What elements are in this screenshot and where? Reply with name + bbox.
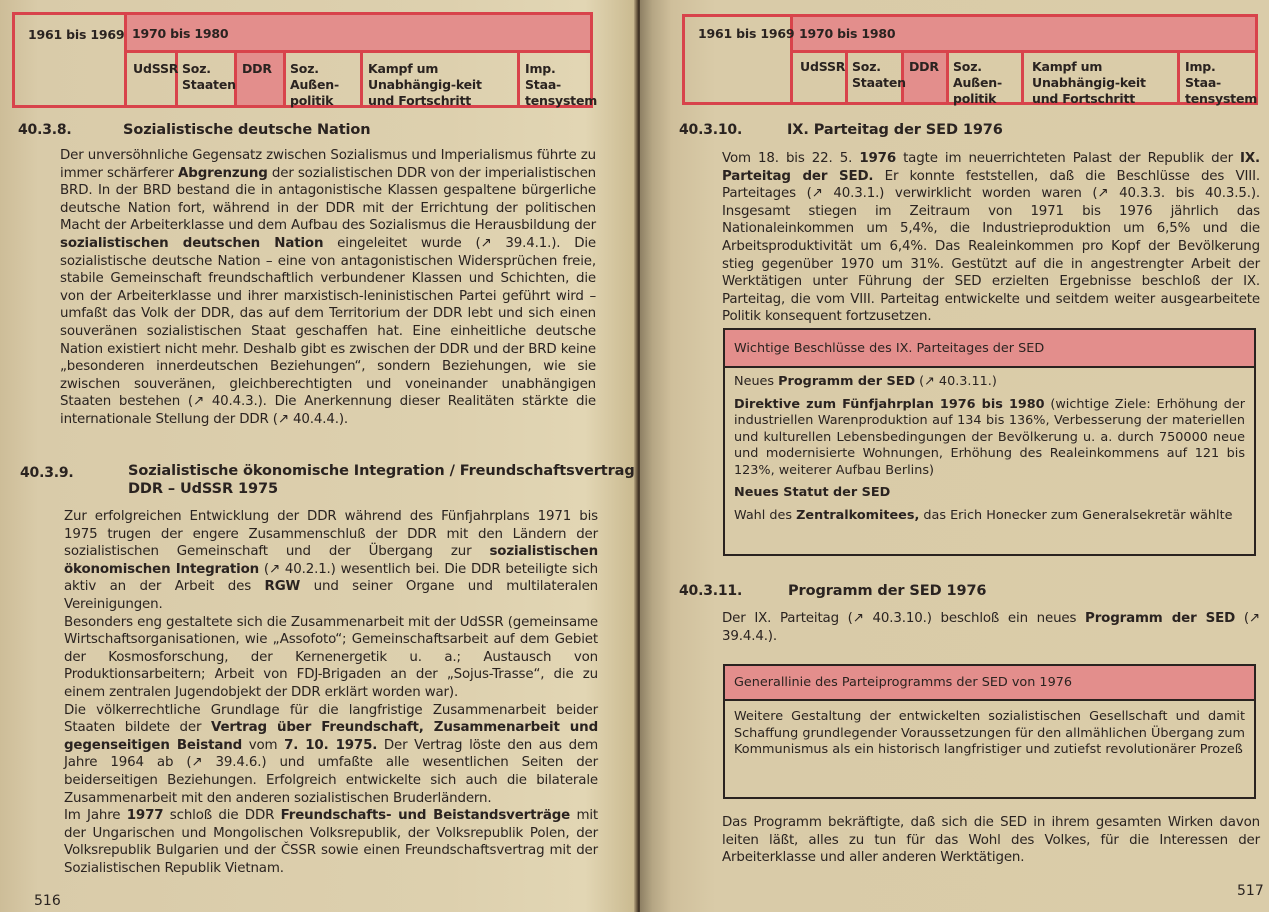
timeline-header-table: 1961 bis 1969 1970 bis 1980 UdSSR Soz. S… xyxy=(12,12,593,108)
period-1961-1969: 1961 bis 1969 xyxy=(693,22,799,46)
section-body: Der unversöhnliche Gegensatz zwischen So… xyxy=(60,147,596,429)
decision-item: Neues Programm der SED (↗ 40.3.11.) xyxy=(734,374,1245,391)
right-page: 1961 bis 1969 1970 bis 1980 UdSSR Soz. S… xyxy=(640,0,1269,912)
section-number: 40.3.11. xyxy=(679,583,742,599)
column-soz-staaten: Soz. Staaten xyxy=(177,57,235,97)
bold-term: sozialistischen deutschen Nation xyxy=(60,236,323,251)
decisions-box-title: Wichtige Beschlüsse des IX. Parteitages … xyxy=(725,330,1254,368)
left-page: 1961 bis 1969 1970 bis 1980 UdSSR Soz. S… xyxy=(0,0,636,912)
column-kampf: Kampf um Unabhängig-keit und Fortschritt xyxy=(363,57,517,113)
section-number: 40.3.10. xyxy=(679,122,742,138)
section-body: Das Programm bekräftigte, daß sich die S… xyxy=(722,814,1260,867)
page-number: 516 xyxy=(34,893,61,909)
section-title: Programm der SED 1976 xyxy=(788,582,986,600)
column-imp-staatensystem: Imp. Staa-tensystem xyxy=(1180,55,1256,111)
section-title: Sozialistische deutsche Nation xyxy=(123,121,371,139)
section-title: Sozialistische ökonomische Integration /… xyxy=(128,462,635,498)
decision-item: Direktive zum Fünfjahrplan 1976 bis 1980… xyxy=(734,397,1245,480)
column-imp-staatensystem: Imp. Staa-tensystem xyxy=(520,57,592,113)
decisions-box-body: Neues Programm der SED (↗ 40.3.11.) Dire… xyxy=(725,368,1254,536)
section-body: Der IX. Parteitag (↗ 40.3.10.) beschloß … xyxy=(722,610,1260,645)
section-title-line-1: Sozialistische ökonomische Integration /… xyxy=(128,462,635,480)
page-number: 517 xyxy=(1237,883,1264,899)
timeline-header-table: 1961 bis 1969 1970 bis 1980 UdSSR Soz. S… xyxy=(682,14,1258,105)
general-line-box-title: Generallinie des Parteiprogramms der SED… xyxy=(725,666,1254,701)
column-udssr: UdSSR xyxy=(795,55,845,79)
column-soz-staaten: Soz. Staaten xyxy=(847,55,903,95)
period-1970-1980: 1970 bis 1980 xyxy=(794,22,900,46)
column-kampf: Kampf um Unabhängig-keit und Fortschritt xyxy=(1027,55,1179,111)
decisions-box: Wichtige Beschlüsse des IX. Parteitages … xyxy=(723,328,1256,556)
section-title-line-2: DDR – UdSSR 1975 xyxy=(128,480,635,498)
section-body: Vom 18. bis 22. 5. 1976 tagte im neuerri… xyxy=(722,150,1260,326)
section-title: IX. Parteitag der SED 1976 xyxy=(787,121,1003,139)
section-body: Zur erfolgreichen Entwicklung der DDR wä… xyxy=(64,508,598,877)
column-ddr: DDR xyxy=(904,55,948,79)
period-1961-1969: 1961 bis 1969 xyxy=(23,23,129,47)
column-soz-aussenpolitik: Soz. Außen-politik xyxy=(285,57,361,113)
bold-term: Abgrenzung xyxy=(178,166,268,181)
column-ddr: DDR xyxy=(237,57,283,81)
section-number: 40.3.8. xyxy=(18,122,72,138)
column-udssr: UdSSR xyxy=(128,57,176,81)
general-line-box-body: Weitere Gestaltung der entwickelten sozi… xyxy=(725,701,1254,771)
general-line-box: Generallinie des Parteiprogramms der SED… xyxy=(723,664,1256,799)
section-number: 40.3.9. xyxy=(20,465,74,481)
general-line-text: Weitere Gestaltung der entwickelten sozi… xyxy=(734,709,1245,759)
column-soz-aussenpolitik: Soz. Außen-politik xyxy=(948,55,1022,111)
period-1970-1980: 1970 bis 1980 xyxy=(127,22,233,46)
decision-item: Wahl des Zentralkomitees, das Erich Hone… xyxy=(734,508,1245,525)
decision-item: Neues Statut der SED xyxy=(734,485,1245,502)
